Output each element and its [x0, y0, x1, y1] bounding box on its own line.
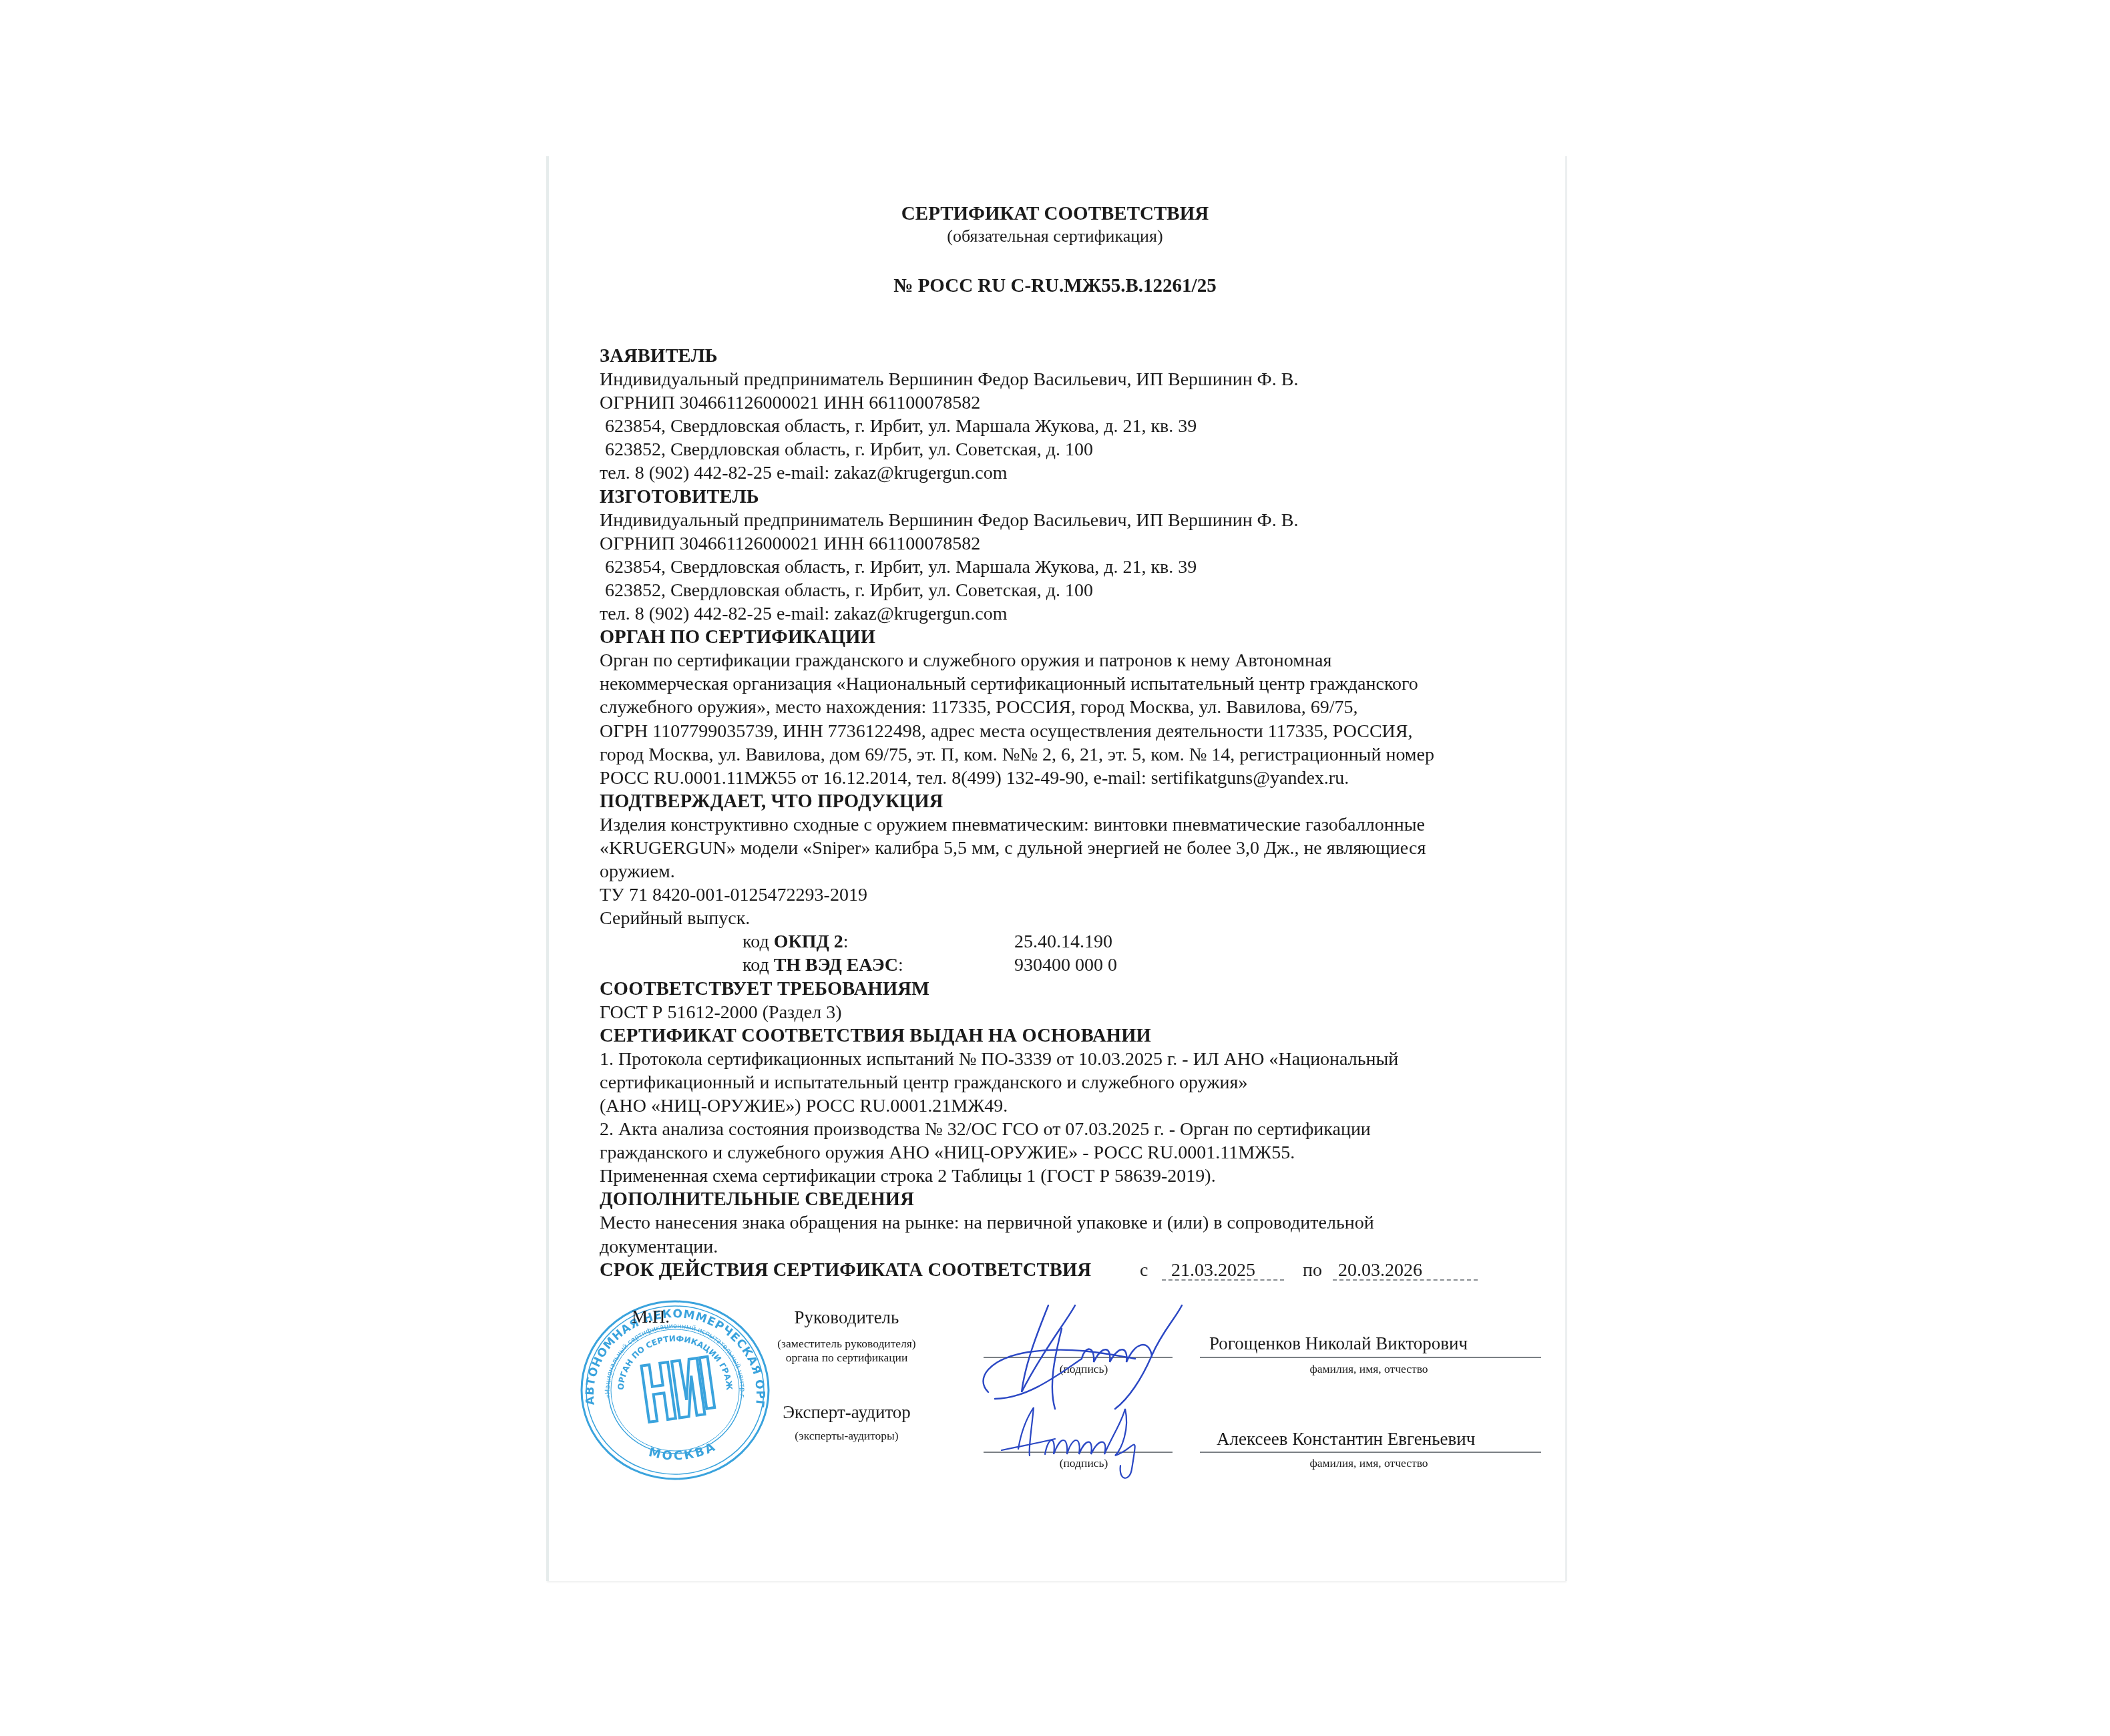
- head-role-sub: органа по сертификации: [747, 1351, 947, 1365]
- manufacturer-line: ОГРНИП 304661126000021 ИНН 661100078582: [600, 532, 1434, 556]
- requirements-heading: СООТВЕТСТВУЕТ ТРЕБОВАНИЯМ: [600, 978, 1434, 1001]
- manufacturer-line: 623854, Свердловская область, г. Ирбит, …: [600, 556, 1434, 579]
- expert-name: Алексеев Константин Евгеньевич: [1217, 1429, 1475, 1450]
- validity-from-label: с: [1140, 1259, 1148, 1282]
- expert-role: Эксперт-аудитор: [747, 1402, 947, 1423]
- manufacturer-line: тел. 8 (902) 442-82-25 e-mail: zakaz@kru…: [600, 602, 1434, 626]
- certification-body-line: некоммерческая организация «Национальный…: [600, 672, 1434, 696]
- basis-section: СЕРТИФИКАТ СООТВЕТСТВИЯ ВЫДАН НА ОСНОВАН…: [600, 1024, 1434, 1188]
- head-signature-icon: [962, 1292, 1242, 1412]
- product-line: Серийный выпуск.: [600, 907, 1434, 930]
- manufacturer-section: ИЗГОТОВИТЕЛЬ Индивидуальный предпринимат…: [600, 485, 1434, 626]
- certificate-body: ЗАЯВИТЕЛЬ Индивидуальный предприниматель…: [600, 345, 1434, 1282]
- manufacturer-line: Индивидуальный предприниматель Вершинин …: [600, 509, 1434, 532]
- manufacturer-line: 623852, Свердловская область, г. Ирбит, …: [600, 579, 1434, 602]
- code-value: 25.40.14.190: [1014, 930, 1112, 953]
- product-section: ПОДТВЕРЖДАЕТ, ЧТО ПРОДУКЦИЯ Изделия конс…: [600, 790, 1434, 978]
- code-name: ТН ВЭД ЕАЭС: [774, 955, 898, 975]
- validity-to-label: по: [1303, 1259, 1322, 1282]
- additional-line: документации.: [600, 1235, 1434, 1259]
- product-line: Изделия конструктивно сходные с оружием …: [600, 813, 1434, 837]
- basis-line: гражданского и служебного оружия АНО «НИ…: [600, 1141, 1434, 1164]
- expert-role-sub: (эксперты-аудиторы): [747, 1429, 947, 1443]
- applicant-section: ЗАЯВИТЕЛЬ Индивидуальный предприниматель…: [600, 345, 1434, 485]
- basis-line: сертификационный и испытательный центр г…: [600, 1071, 1434, 1094]
- certificate-number: № РОСС RU С-RU.МЖ55.В.12261/25: [0, 275, 2110, 297]
- requirements-section: СООТВЕТСТВУЕТ ТРЕБОВАНИЯМ ГОСТ Р 51612-2…: [600, 978, 1434, 1024]
- product-line: оружием.: [600, 860, 1434, 883]
- seal-stamp-icon: АВТОНОМНАЯ НЕКОММЕРЧЕСКАЯ ОРГАНИЗАЦИЯ ОГ…: [578, 1298, 772, 1482]
- additional-line: Место нанесения знака обращения на рынке…: [600, 1211, 1434, 1235]
- validity-label: СРОК ДЕЙСТВИЯ СЕРТИФИКАТА СООТВЕТСТВИЯ: [600, 1260, 1091, 1281]
- expert-signature-icon: [982, 1402, 1182, 1486]
- applicant-line: 623852, Свердловская область, г. Ирбит, …: [600, 438, 1434, 461]
- code-okpd: код ОКПД 2: 25.40.14.190: [600, 930, 1434, 953]
- head-name-caption: фамилия, имя, отчество: [1269, 1362, 1469, 1376]
- applicant-line: ОГРНИП 304661126000021 ИНН 661100078582: [600, 391, 1434, 415]
- code-prefix: код: [743, 955, 769, 975]
- head-role-sub: (заместитель руководителя): [747, 1337, 947, 1351]
- additional-heading: ДОПОЛНИТЕЛЬНЫЕ СВЕДЕНИЯ: [600, 1188, 1434, 1211]
- basis-heading: СЕРТИФИКАТ СООТВЕТСТВИЯ ВЫДАН НА ОСНОВАН…: [600, 1024, 1434, 1048]
- certification-body-line: город Москва, ул. Вавилова, дом 69/75, э…: [600, 743, 1434, 767]
- document-title: СЕРТИФИКАТ СООТВЕТСТВИЯ: [0, 203, 2110, 225]
- head-role: Руководитель: [747, 1307, 947, 1328]
- certification-body-heading: ОРГАН ПО СЕРТИФИКАЦИИ: [600, 626, 1434, 649]
- applicant-heading: ЗАЯВИТЕЛЬ: [600, 345, 1434, 368]
- basis-line: 2. Акта анализа состояния производства №…: [600, 1118, 1434, 1141]
- product-heading: ПОДТВЕРЖДАЕТ, ЧТО ПРОДУКЦИЯ: [600, 790, 1434, 813]
- document-subtitle: (обязательная сертификация): [0, 226, 2110, 246]
- validity-from-date: 21.03.2025: [1171, 1259, 1255, 1282]
- seal-label: М.П.: [632, 1307, 670, 1327]
- basis-line: (АНО «НИЦ-ОРУЖИЕ») РОСС RU.0001.21МЖ49.: [600, 1094, 1434, 1118]
- code-name: ОКПД 2: [774, 931, 843, 952]
- requirements-line: ГОСТ Р 51612-2000 (Раздел 3): [600, 1001, 1434, 1024]
- validity-row: СРОК ДЕЙСТВИЯ СЕРТИФИКАТА СООТВЕТСТВИЯ с…: [600, 1259, 1434, 1282]
- certification-body-section: ОРГАН ПО СЕРТИФИКАЦИИ Орган по сертифика…: [600, 626, 1434, 790]
- head-name: Рогощенков Николай Викторович: [1209, 1333, 1468, 1354]
- certification-body-line: ОГРН 1107799035739, ИНН 7736122498, адре…: [600, 720, 1434, 743]
- applicant-line: тел. 8 (902) 442-82-25 e-mail: zakaz@kru…: [600, 461, 1434, 485]
- certification-body-line: Орган по сертификации гражданского и слу…: [600, 649, 1434, 672]
- code-tnved: код ТН ВЭД ЕАЭС: 930400 000 0: [600, 953, 1434, 977]
- expert-name-line: [1200, 1452, 1541, 1453]
- svg-text:МОСКВА: МОСКВА: [647, 1440, 718, 1464]
- certification-body-line: служебного оружия», место нахождения: 11…: [600, 696, 1434, 719]
- applicant-line: 623854, Свердловская область, г. Ирбит, …: [600, 415, 1434, 438]
- code-value: 930400 000 0: [1014, 953, 1117, 977]
- product-line: ТУ 71 8420-001-0125472293-2019: [600, 883, 1434, 907]
- certification-body-line: РОСС RU.0001.11МЖ55 от 16.12.2014, тел. …: [600, 767, 1434, 790]
- additional-section: ДОПОЛНИТЕЛЬНЫЕ СВЕДЕНИЯ Место нанесения …: [600, 1188, 1434, 1258]
- basis-line: 1. Протокола сертификационных испытаний …: [600, 1048, 1434, 1071]
- code-prefix: код: [743, 931, 769, 952]
- product-line: «KRUGERGUN» модели «Sniper» калибра 5,5 …: [600, 837, 1434, 860]
- basis-line: Примененная схема сертификации строка 2 …: [600, 1164, 1434, 1188]
- validity-to-date: 20.03.2026: [1338, 1259, 1422, 1282]
- manufacturer-heading: ИЗГОТОВИТЕЛЬ: [600, 485, 1434, 509]
- applicant-line: Индивидуальный предприниматель Вершинин …: [600, 368, 1434, 391]
- expert-name-caption: фамилия, имя, отчество: [1269, 1456, 1469, 1470]
- head-name-line: [1200, 1357, 1541, 1358]
